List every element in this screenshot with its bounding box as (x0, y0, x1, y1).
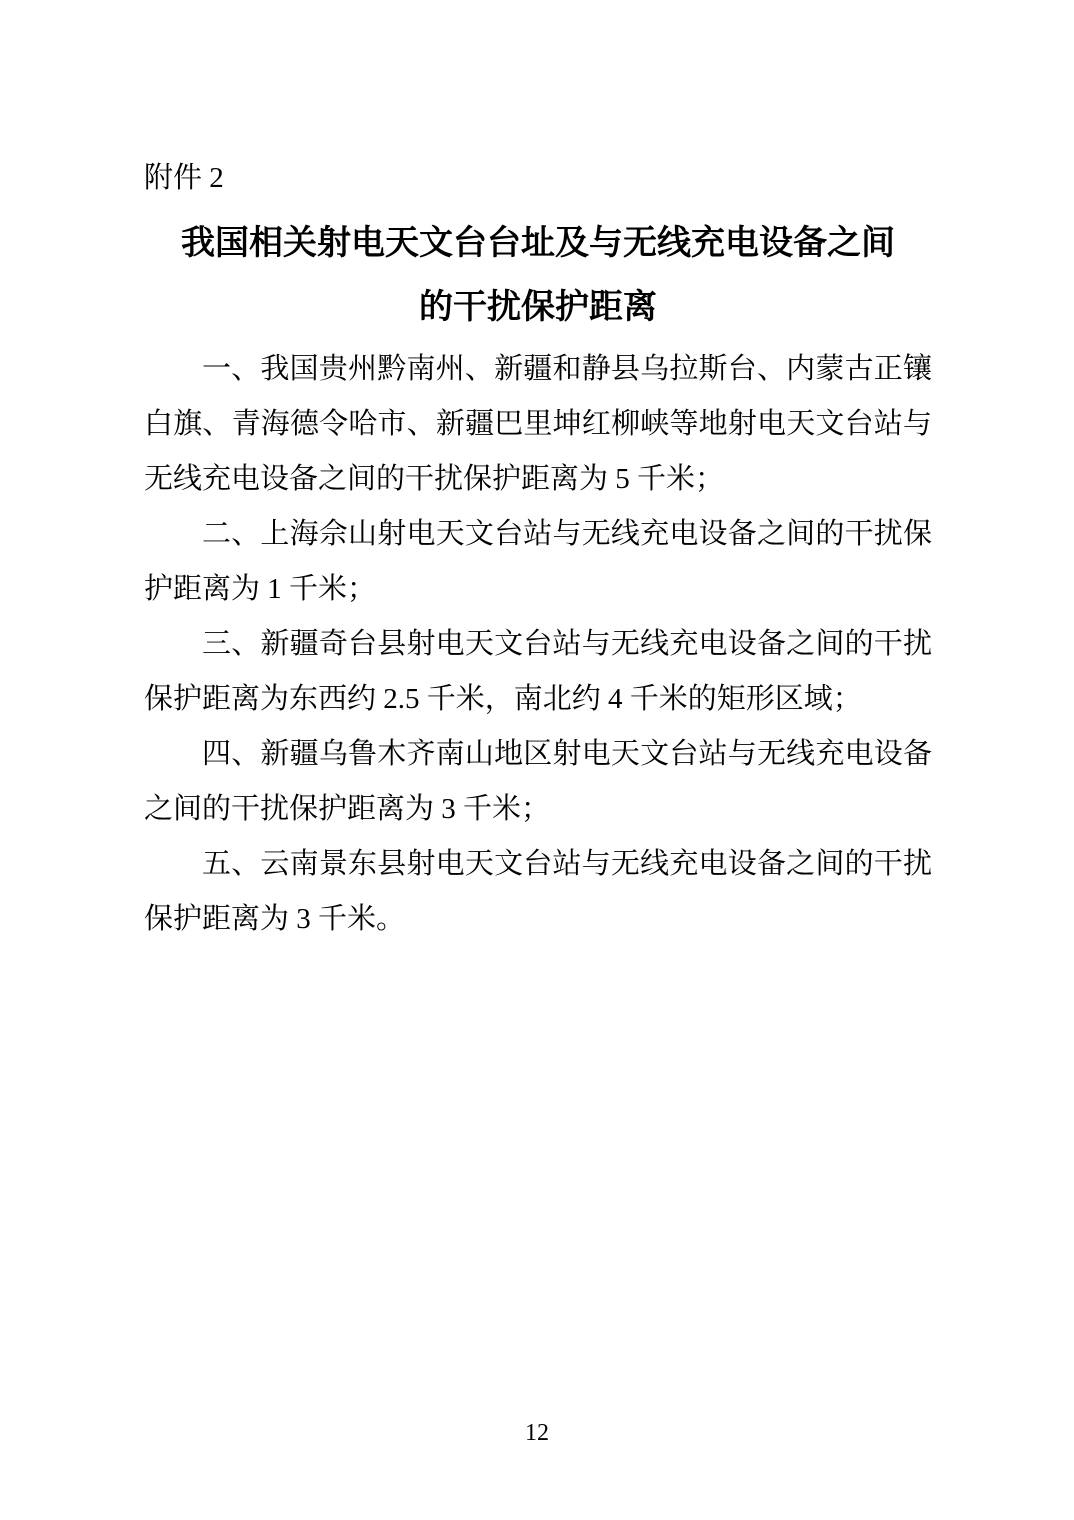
document-body: 一、我国贵州黔南州、新疆和静县乌拉斯台、内蒙古正镶白旗、青海德令哈市、新疆巴里坤… (144, 342, 932, 947)
paragraph-item-3: 三、新疆奇台县射电天文台站与无线充电设备之间的干扰保护距离为东西约 2.5 千米… (144, 617, 932, 727)
attachment-label: 附件 2 (144, 160, 224, 196)
paragraph-item-4: 四、新疆乌鲁木齐南山地区射电天文台站与无线充电设备之间的干扰保护距离为 3 千米… (144, 727, 932, 837)
document-title: 我国相关射电天文台台址及与无线充电设备之间 的干扰保护距离 (144, 212, 932, 340)
document-page: 附件 2 我国相关射电天文台台址及与无线充电设备之间 的干扰保护距离 一、我国贵… (0, 0, 1074, 1520)
paragraph-item-2: 二、上海佘山射电天文台站与无线充电设备之间的干扰保护距离为 1 千米； (144, 507, 932, 617)
document-title-line-2: 的干扰保护距离 (144, 276, 932, 340)
paragraph-item-5: 五、云南景东县射电天文台站与无线充电设备之间的干扰保护距离为 3 千米。 (144, 837, 932, 947)
paragraph-item-1: 一、我国贵州黔南州、新疆和静县乌拉斯台、内蒙古正镶白旗、青海德令哈市、新疆巴里坤… (144, 342, 932, 507)
page-number: 12 (0, 1418, 1074, 1448)
document-title-line-1: 我国相关射电天文台台址及与无线充电设备之间 (144, 212, 932, 276)
